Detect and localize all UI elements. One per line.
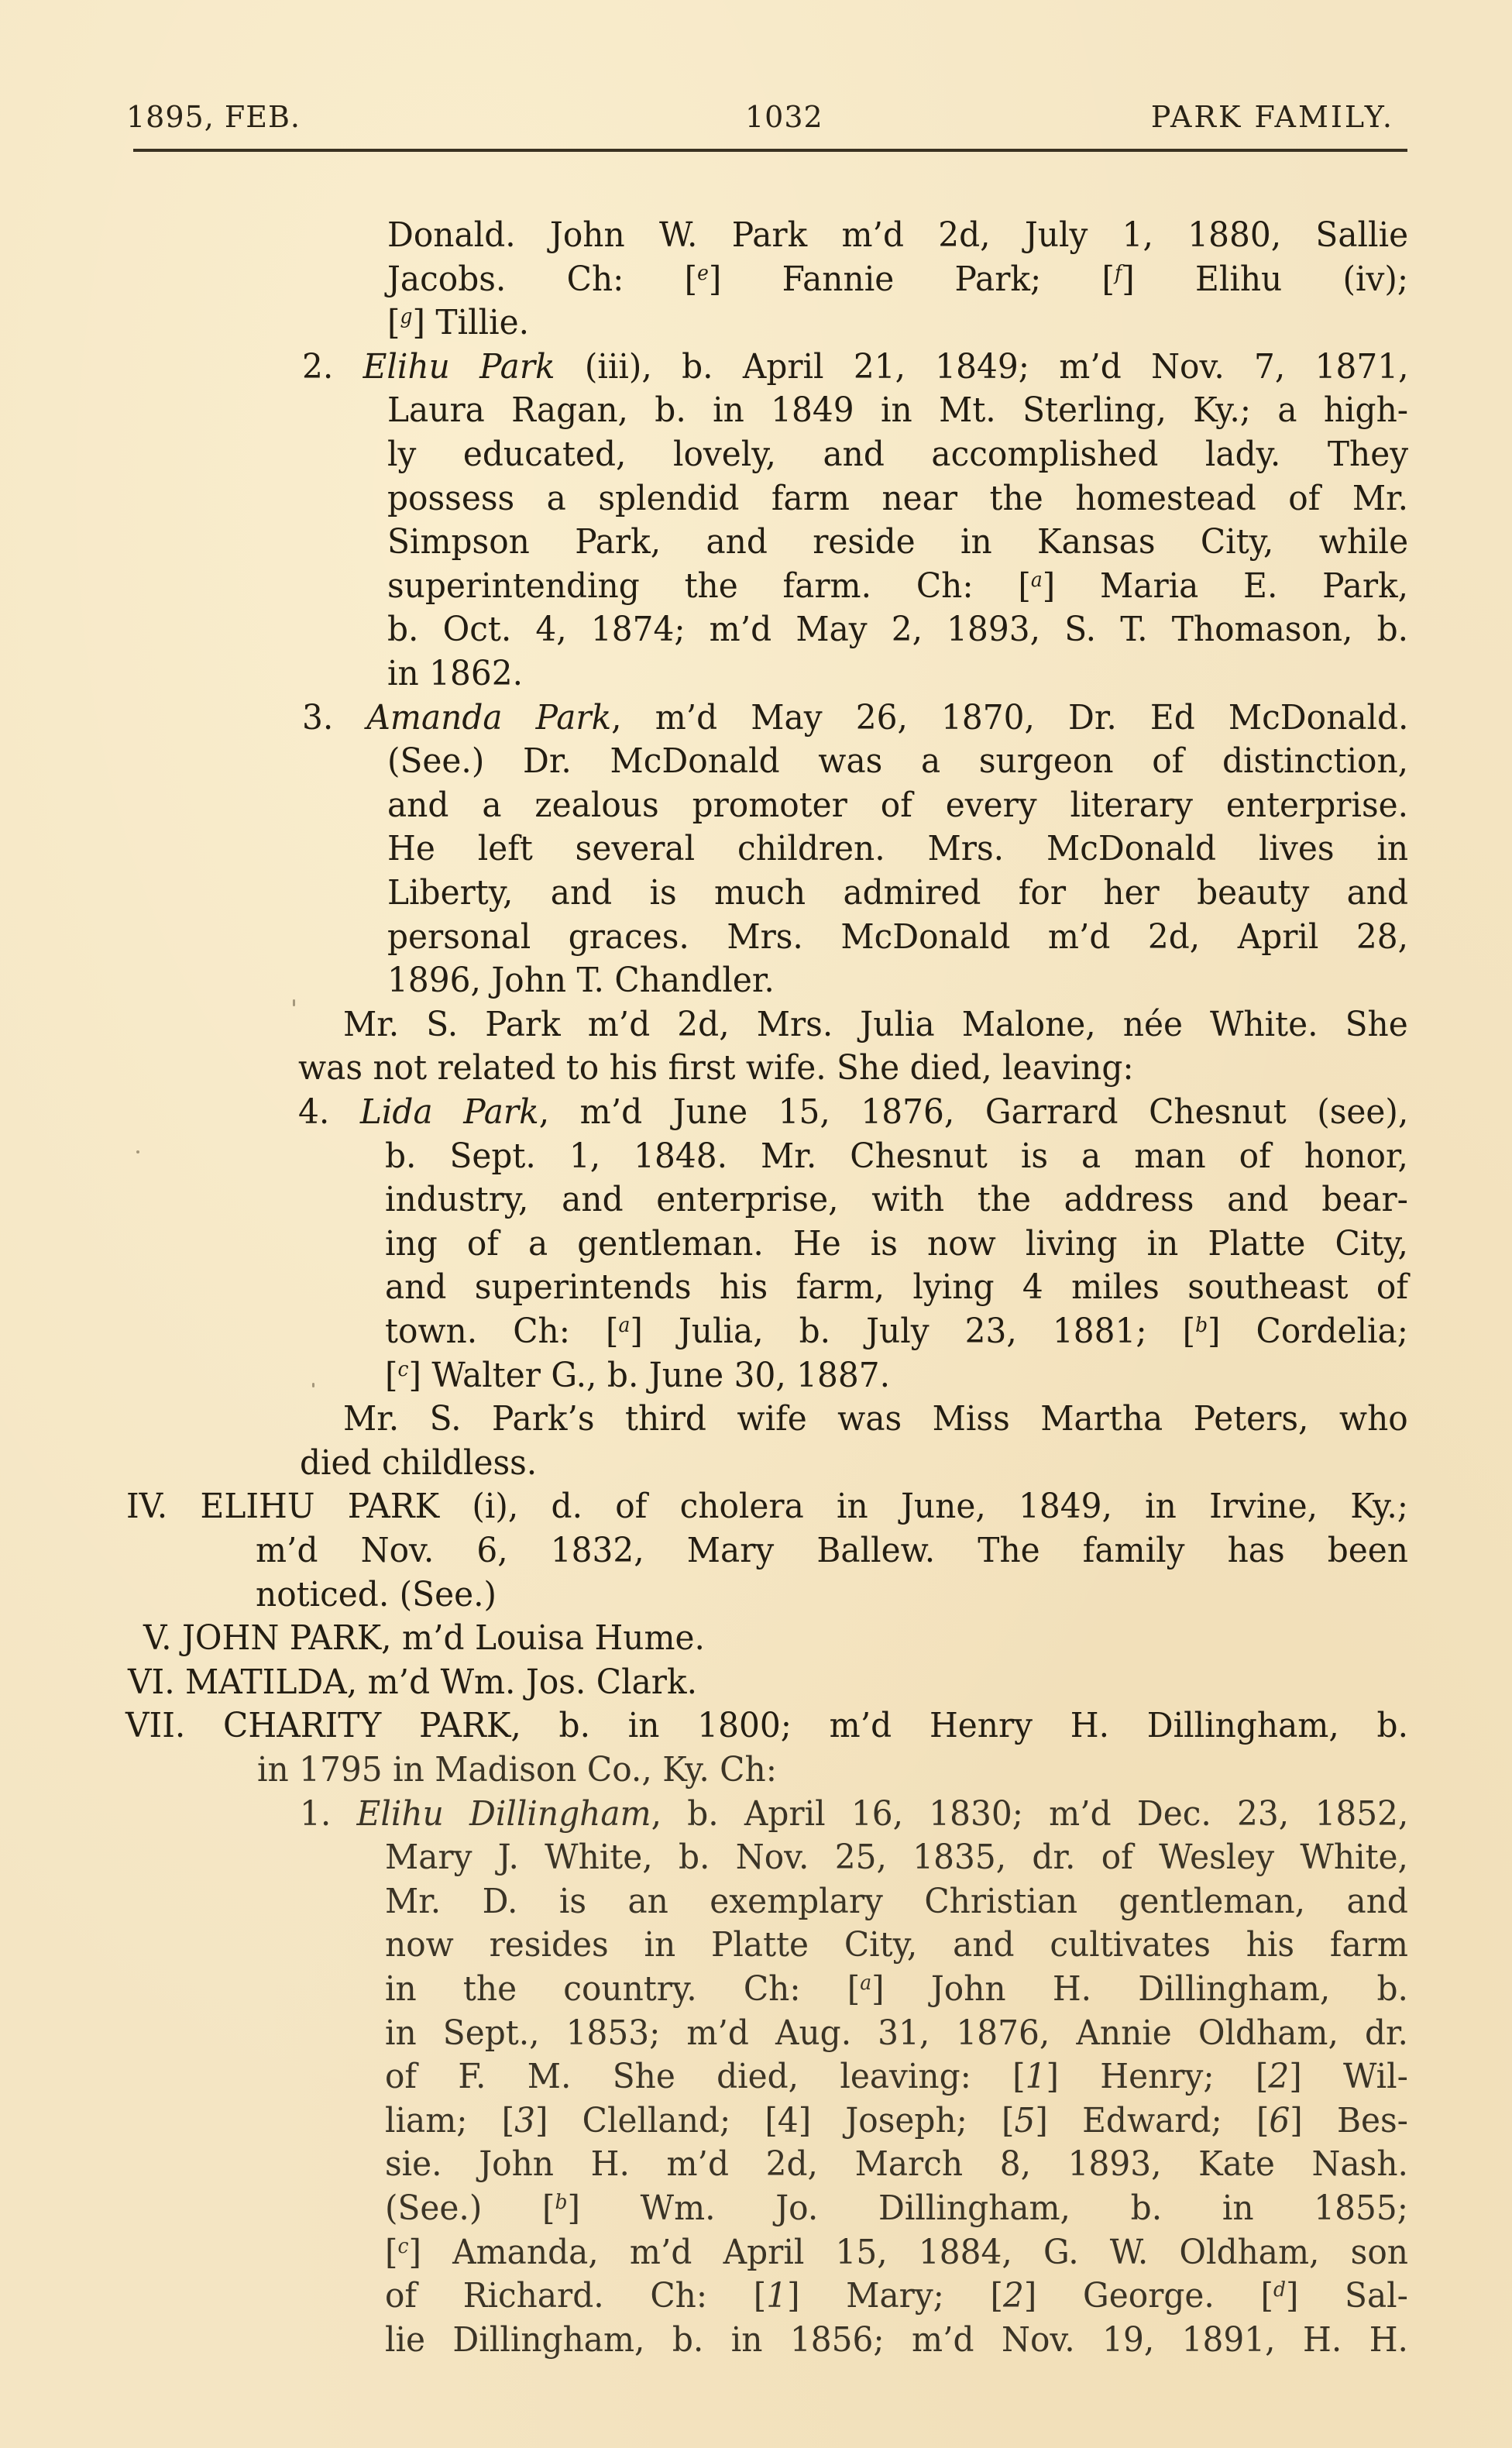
text-line: b. Sept. 1, 1848. Mr. Chesnut is a man o… — [385, 1134, 1408, 1178]
line-text: industry, and enterprise, with the addre… — [385, 1180, 1408, 1219]
line-text: m’d Nov. 6, 1832, Mary Ballew. The famil… — [256, 1531, 1408, 1570]
line-text: ] Cordelia; — [1208, 1312, 1408, 1351]
line-text: noticed. (See.) — [256, 1575, 497, 1614]
child-index-superscript: c — [397, 1358, 408, 1381]
text-line: in Sept., 1853; m’d Aug. 31, 1876, Annie… — [385, 2011, 1408, 2055]
line-text: Donald. John W. Park m’d 2d, July 1, 188… — [387, 215, 1408, 255]
line-text: ] Walter G., b. June 30, 1887. — [408, 1356, 890, 1395]
line-text: ] Julia, b. July 23, 1881; [ — [630, 1312, 1195, 1351]
line-text: Laura Ragan, b. in 1849 in Mt. Sterling,… — [387, 390, 1408, 430]
line-text: Jacobs. Ch: [ — [387, 260, 697, 299]
text-line: 3. Amanda Park, m’d May 26, 1870, Dr. Ed… — [302, 696, 1408, 740]
line-text: superintending the farm. Ch: [ — [387, 566, 1031, 606]
text-line: 1896, John T. Chandler. — [387, 958, 775, 1002]
line-text: in Sept., 1853; m’d Aug. 31, 1876, Annie… — [385, 2013, 1408, 2053]
line-text: b. Oct. 4, 1874; m’d May 2, 1893, S. T. … — [387, 610, 1408, 649]
line-text: ] John H. Dillingham, b. — [871, 1969, 1408, 2009]
line-text: was not related to his first wife. She d… — [298, 1048, 1134, 1088]
print-speck — [136, 1150, 139, 1154]
child-index-superscript: g — [400, 305, 412, 328]
line-text: (See.) Dr. McDonald was a surgeon of dis… — [387, 741, 1408, 781]
line-text: and a zealous promoter of every literary… — [387, 786, 1408, 825]
text-line: Mr. S. Park m’d 2d, Mrs. Julia Malone, n… — [343, 1002, 1408, 1047]
text-line: Mr. S. Park’s third wife was Miss Martha… — [343, 1397, 1408, 1441]
text-line: (See.) [b] Wm. Jo. Dillingham, b. in 185… — [385, 2186, 1408, 2230]
text-line: Mr. D. is an exemplary Christian gentlem… — [385, 1879, 1408, 1924]
text-line: V. JOHN PARK, m’d Louisa Hume. — [143, 1616, 705, 1660]
line-text: VII. CHARITY PARK, b. in 1800; m’d Henry… — [125, 1706, 1408, 1745]
text-line: He left several children. Mrs. McDonald … — [387, 827, 1408, 871]
text-line: liam; [3] Clelland; [4] Joseph; [5] Edwa… — [385, 2099, 1408, 2143]
child-index-superscript: c — [397, 2235, 408, 2258]
line-text: ] Henry; [ — [1046, 2057, 1269, 2096]
text-line: b. Oct. 4, 1874; m’d May 2, 1893, S. T. … — [387, 607, 1408, 652]
text-line: [c] Amanda, m’d April 15, 1884, G. W. Ol… — [385, 2230, 1408, 2274]
text-line: town. Ch: [a] Julia, b. July 23, 1881; [… — [385, 1309, 1408, 1353]
line-text: 3. — [302, 698, 366, 737]
text-line: Jacobs. Ch: [e] Fannie Park; [f] Elihu (… — [387, 257, 1408, 301]
text-line: 2. Elihu Park (iii), b. April 21, 1849; … — [302, 345, 1408, 389]
print-speck — [293, 999, 295, 1006]
child-index-superscript: a — [860, 1972, 871, 1995]
line-text: ] Bes- — [1290, 2101, 1408, 2140]
italic-name: 1 — [766, 2276, 787, 2316]
italic-name: 2 — [1003, 2276, 1024, 2316]
text-line: IV. ELIHU PARK (i), d. of cholera in Jun… — [126, 1484, 1408, 1528]
italic-name: Amanda Park — [366, 698, 611, 737]
text-line: and superintends his farm, lying 4 miles… — [385, 1265, 1408, 1309]
book-page: 1895, FEB. 1032 PARK FAMILY. Donald. Joh… — [0, 0, 1512, 2448]
text-line: [g] Tillie. — [387, 301, 529, 345]
line-text: , b. April 16, 1830; m’d Dec. 23, 1852, — [651, 1794, 1409, 1834]
text-line: [c] Walter G., b. June 30, 1887. — [385, 1353, 890, 1398]
running-head-title: PARK FAMILY. — [1151, 99, 1394, 135]
child-index-superscript: b — [555, 2191, 567, 2214]
italic-name: 5 — [1015, 2101, 1036, 2140]
line-text: He left several children. Mrs. McDonald … — [387, 829, 1408, 868]
text-line: Mary J. White, b. Nov. 25, 1835, dr. of … — [385, 1835, 1408, 1879]
text-line: ing of a gentleman. He is now living in … — [385, 1222, 1408, 1266]
line-text: ] Edward; [ — [1035, 2101, 1269, 2140]
text-line: lie Dillingham, b. in 1856; m’d Nov. 19,… — [385, 2318, 1408, 2362]
child-index-superscript: b — [1195, 1314, 1208, 1337]
print-speck — [312, 1383, 314, 1387]
line-text: b. Sept. 1, 1848. Mr. Chesnut is a man o… — [385, 1136, 1408, 1176]
line-text: in 1795 in Madison Co., Ky. Ch: — [257, 1750, 777, 1790]
italic-name: Lida Park — [360, 1092, 539, 1132]
line-text: [ — [385, 2233, 397, 2272]
text-line: VII. CHARITY PARK, b. in 1800; m’d Henry… — [125, 1704, 1408, 1748]
text-line: possess a splendid farm near the homeste… — [387, 476, 1408, 521]
text-line: of F. M. She died, leaving: [1] Henry; [… — [385, 2054, 1408, 2099]
header-rule — [133, 149, 1407, 152]
line-text: ] George. [ — [1024, 2276, 1273, 2316]
line-text: ] Maria E. Park, — [1043, 566, 1408, 606]
line-text: ing of a gentleman. He is now living in … — [385, 1224, 1408, 1264]
text-line: Laura Ragan, b. in 1849 in Mt. Sterling,… — [387, 388, 1408, 432]
line-text: in the country. Ch: [ — [385, 1969, 860, 2009]
line-text: ] Elihu (iv); — [1122, 260, 1408, 299]
child-index-superscript: a — [1031, 569, 1043, 592]
text-line: industry, and enterprise, with the addre… — [385, 1178, 1408, 1222]
line-text: ] Tillie. — [412, 303, 529, 342]
child-index-superscript: e — [697, 262, 709, 285]
line-text: of Richard. Ch: [ — [385, 2276, 766, 2316]
text-line: VI. MATILDA, m’d Wm. Jos. Clark. — [128, 1660, 697, 1704]
line-text: 1. — [300, 1794, 357, 1834]
line-text: VI. MATILDA, m’d Wm. Jos. Clark. — [128, 1662, 697, 1702]
child-index-superscript: d — [1273, 2278, 1286, 2302]
text-line: of Richard. Ch: [1] Mary; [2] George. [d… — [385, 2274, 1408, 2318]
line-text: , m’d May 26, 1870, Dr. Ed McDonald. — [611, 698, 1408, 737]
line-text: of F. M. She died, leaving: [ — [385, 2057, 1026, 2096]
line-text: ] Wm. Jo. Dillingham, b. in 1855; — [567, 2188, 1407, 2228]
line-text: ] Amanda, m’d April 15, 1884, G. W. Oldh… — [408, 2233, 1407, 2272]
text-line: Liberty, and is much admired for her bea… — [387, 871, 1408, 915]
line-text: lie Dillingham, b. in 1856; m’d Nov. 19,… — [385, 2320, 1408, 2360]
text-line: 4. Lida Park, m’d June 15, 1876, Garrard… — [298, 1090, 1408, 1134]
line-text: 2. — [302, 347, 363, 387]
line-text: possess a splendid farm near the homeste… — [387, 479, 1408, 518]
italic-name: 3 — [514, 2101, 535, 2140]
text-line: now resides in Platte City, and cultivat… — [385, 1923, 1408, 1967]
line-text: Mr. S. Park m’d 2d, Mrs. Julia Malone, n… — [343, 1005, 1408, 1044]
page-number: 1032 — [745, 99, 823, 135]
line-text: died childless. — [300, 1443, 537, 1483]
line-text: personal graces. Mrs. McDonald m’d 2d, A… — [387, 917, 1408, 957]
line-text: [ — [387, 303, 400, 342]
line-text: liam; [ — [385, 2101, 514, 2140]
line-text: Mr. D. is an exemplary Christian gentlem… — [385, 1882, 1408, 1921]
line-text: ly educated, lovely, and accomplished la… — [387, 435, 1408, 474]
italic-name: 1 — [1026, 2057, 1046, 2096]
text-line: personal graces. Mrs. McDonald m’d 2d, A… — [387, 915, 1408, 959]
text-line: m’d Nov. 6, 1832, Mary Ballew. The famil… — [256, 1528, 1408, 1573]
line-text: ] Fannie Park; [ — [709, 260, 1115, 299]
child-index-superscript: a — [618, 1314, 630, 1337]
line-text: ] Clelland; [4] Joseph; [ — [535, 2101, 1015, 2140]
text-line: in 1862. — [387, 652, 523, 696]
line-text: Mr. S. Park’s third wife was Miss Martha… — [343, 1399, 1408, 1439]
text-line: Donald. John W. Park m’d 2d, July 1, 188… — [387, 213, 1408, 257]
text-line: 1. Elihu Dillingham, b. April 16, 1830; … — [300, 1792, 1408, 1836]
italic-name: Elihu Park — [363, 347, 555, 387]
line-text: [ — [385, 1356, 397, 1395]
line-text: 1896, John T. Chandler. — [387, 961, 775, 1000]
italic-name: 6 — [1269, 2101, 1290, 2140]
line-text: ] Sal- — [1286, 2276, 1408, 2316]
text-line: superintending the farm. Ch: [a] Maria E… — [387, 564, 1408, 608]
line-text: now resides in Platte City, and cultivat… — [385, 1925, 1408, 1965]
line-text: (iii), b. April 21, 1849; m’d Nov. 7, 18… — [555, 347, 1409, 387]
text-line: was not related to his first wife. She d… — [298, 1046, 1134, 1090]
text-line: in the country. Ch: [a] John H. Dillingh… — [385, 1967, 1408, 2011]
line-text: IV. ELIHU PARK (i), d. of cholera in Jun… — [126, 1487, 1408, 1526]
text-line: sie. John H. m’d 2d, March 8, 1893, Kate… — [385, 2142, 1408, 2186]
line-text: Mary J. White, b. Nov. 25, 1835, dr. of … — [385, 1838, 1408, 1877]
child-index-superscript: f — [1115, 262, 1122, 285]
line-text: Simpson Park, and reside in Kansas City,… — [387, 522, 1408, 562]
italic-name: Elihu Dillingham — [357, 1794, 651, 1834]
line-text: sie. John H. m’d 2d, March 8, 1893, Kate… — [385, 2144, 1408, 2184]
line-text: town. Ch: [ — [385, 1312, 618, 1351]
running-head-date: 1895, FEB. — [126, 99, 301, 135]
text-line: noticed. (See.) — [256, 1573, 497, 1617]
text-line: in 1795 in Madison Co., Ky. Ch: — [257, 1748, 777, 1792]
line-text: in 1862. — [387, 654, 523, 693]
text-line: Simpson Park, and reside in Kansas City,… — [387, 520, 1408, 564]
text-line: ly educated, lovely, and accomplished la… — [387, 432, 1408, 476]
line-text: Liberty, and is much admired for her bea… — [387, 873, 1408, 913]
text-line: died childless. — [300, 1441, 537, 1485]
italic-name: 2 — [1268, 2057, 1289, 2096]
line-text: V. JOHN PARK, m’d Louisa Hume. — [143, 1618, 705, 1658]
text-line: and a zealous promoter of every literary… — [387, 783, 1408, 827]
line-text: 4. — [298, 1092, 360, 1132]
line-text: (See.) [ — [385, 2188, 555, 2228]
line-text: and superintends his farm, lying 4 miles… — [385, 1267, 1408, 1307]
line-text: ] Mary; [ — [787, 2276, 1003, 2316]
text-line: (See.) Dr. McDonald was a surgeon of dis… — [387, 739, 1408, 783]
line-text: , m’d June 15, 1876, Garrard Chesnut (se… — [539, 1092, 1409, 1132]
line-text: ] Wil- — [1289, 2057, 1408, 2096]
